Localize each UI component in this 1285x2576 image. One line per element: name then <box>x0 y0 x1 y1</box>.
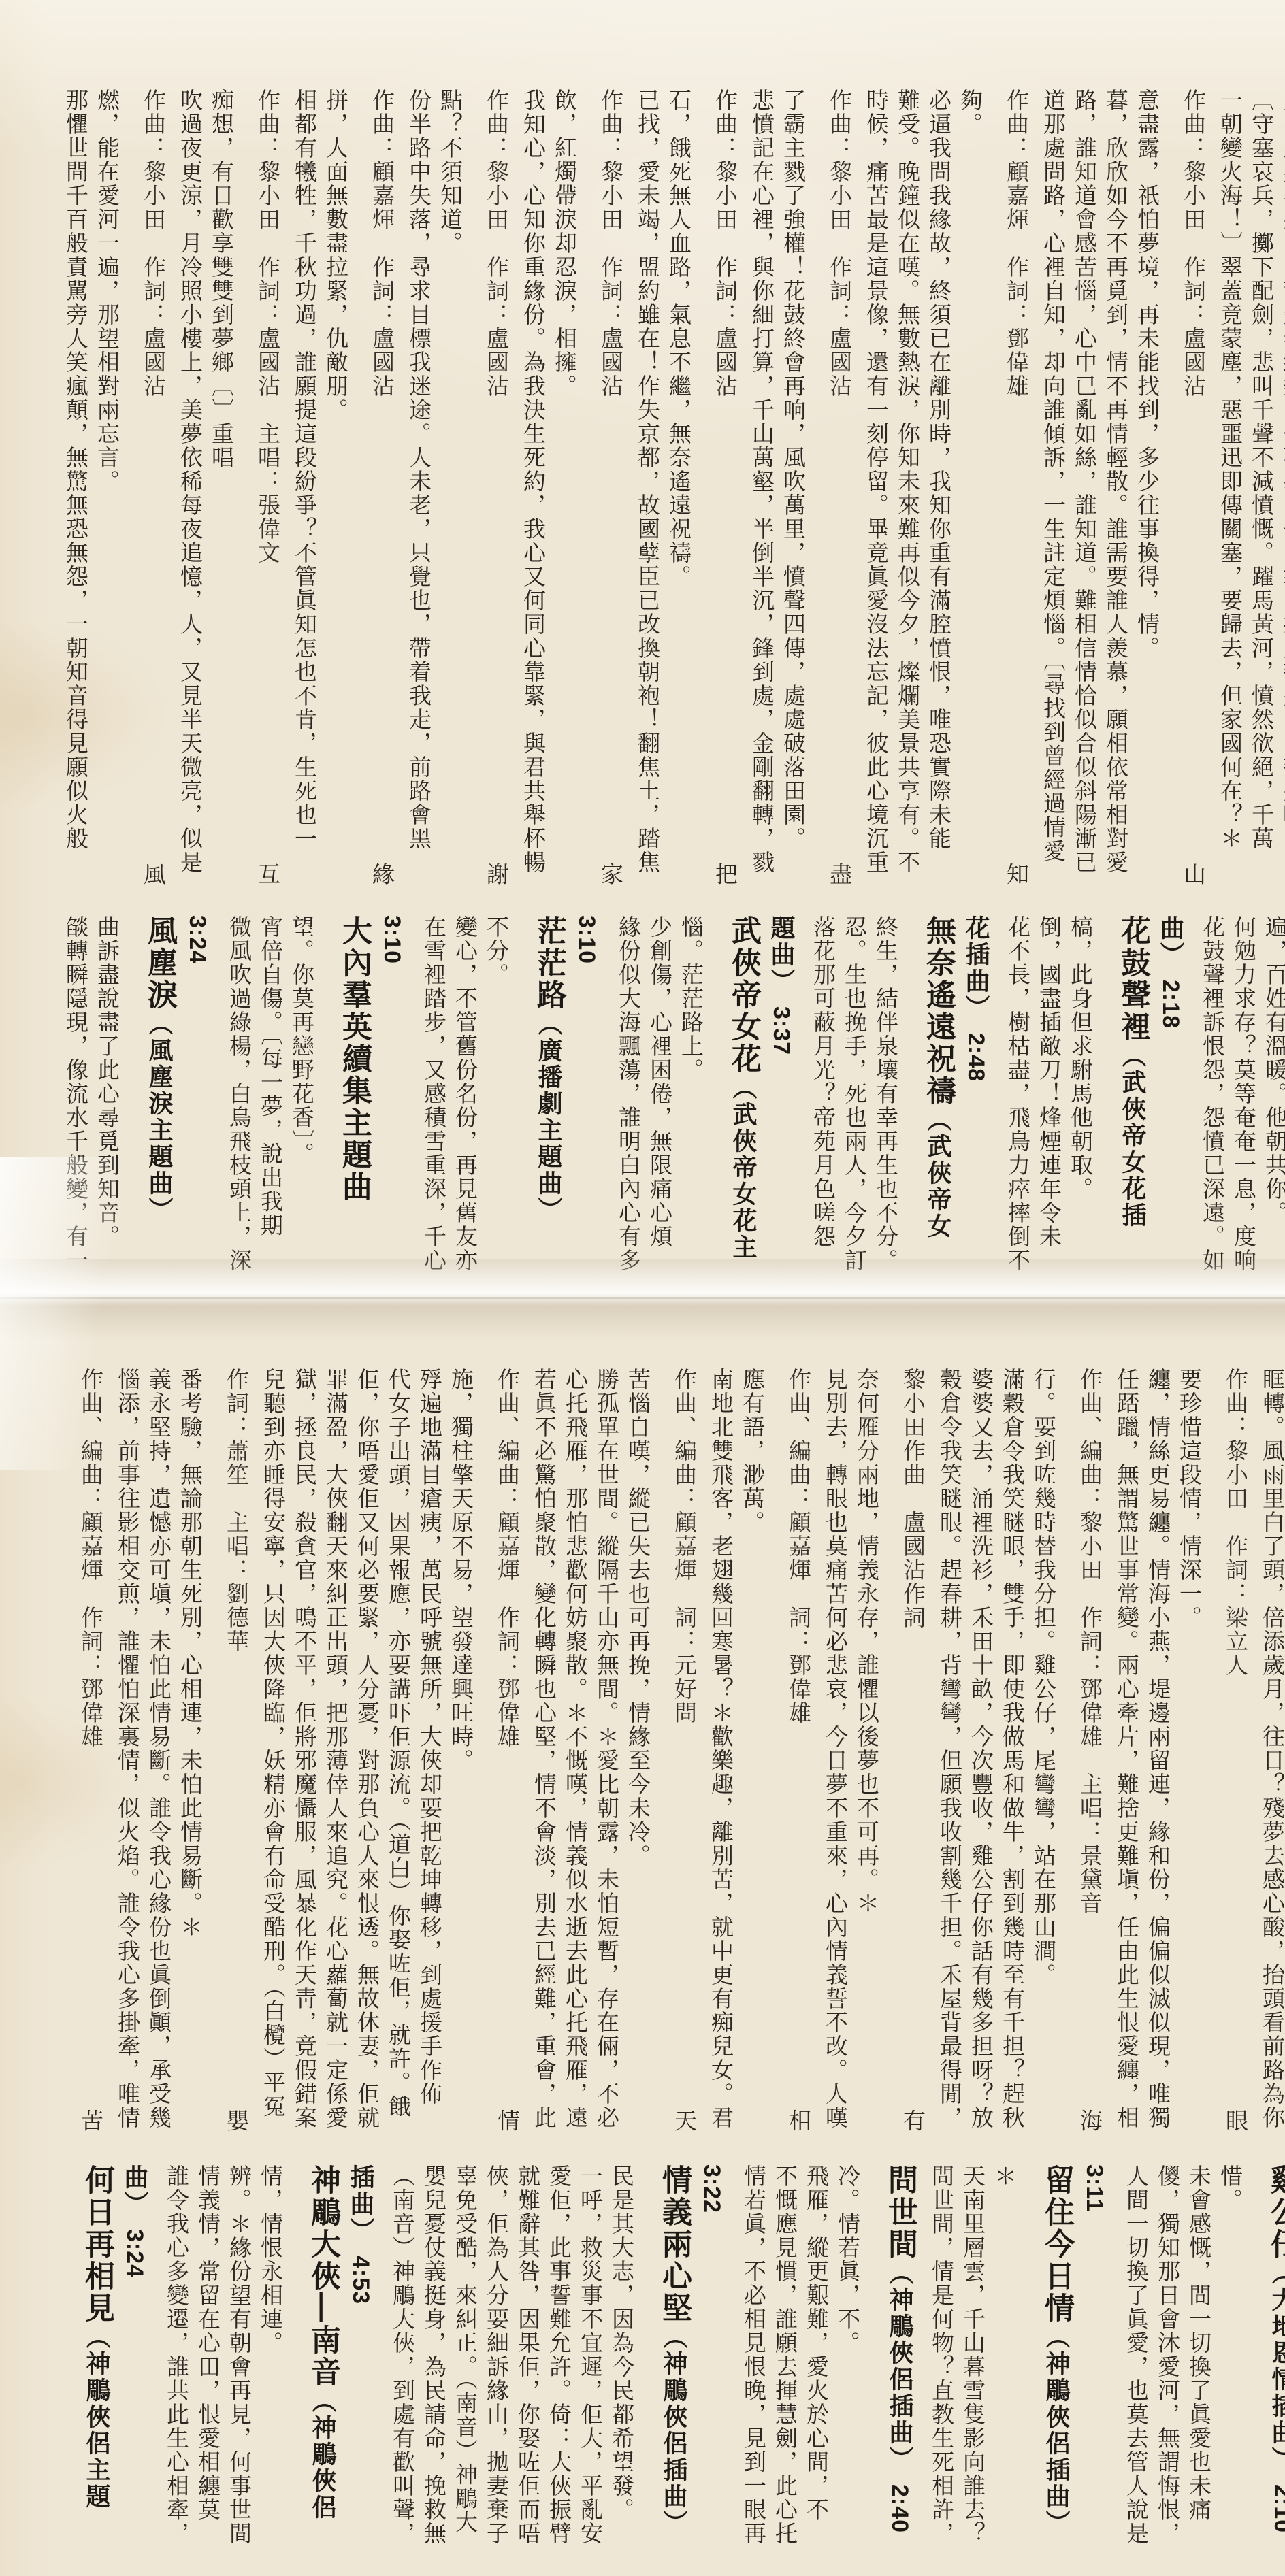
song-continuation-block: 作曲：顧嘉煇 作詞：鄧偉雄知道那處問路，心裡自知，却向誰傾訴，一生註定煩惱。〔尋… <box>1004 88 1160 887</box>
song-title: 花鼓聲裡（武俠帝女花插曲） 2:18 <box>1113 915 1190 1261</box>
song-lyrics-opening: 花不長，樹枯盡，飛鳥力瘁摔倒不倒，國盡插敵刀！烽煙連年令未槁，此身但求駙馬他朝取… <box>1005 915 1093 1272</box>
song-title-block: 風塵淚（風塵淚主題曲） 3:24微風吹過綠楊，白鳥飛枝頭上，深宵倍自傷。〔每一夢… <box>185 915 314 1272</box>
song-lyrics-opening: 在雪裡踏步，又感積雪重深，千心變心，不管舊份名份，再見舊友亦不分。 <box>421 915 509 1272</box>
page-left: 作曲、編曲：顧嘉煇 作詞：鄧偉雄苦惱添，前事往影相交煎，誰懼怕深裏情，似火焰。誰… <box>0 1368 1285 2552</box>
song-title: 茫茫路（廣播劇主題曲） 3:10 <box>530 915 606 1261</box>
song-title-text: 神鵰大俠—南音 <box>306 2164 340 2388</box>
song-continuation-block: 作曲：黎小田 作詞：盧國沾山一朝變火海！〕翠蓋竟蒙塵，惡噩迅即傳關塞，要歸去，但… <box>1181 88 1285 887</box>
song-lyrics-opening: 情若眞，不必相見恨晚，見到一眼再不慨應見慣，誰願去揮慧劍，此心托飛雁，縱更艱難，… <box>741 2164 860 2545</box>
song-continuation-block: 作曲、編曲：顧嘉煇 作詞：鄧偉雄情若眞不必驚怕聚散，變化轉瞬也心堅，情不會淡，別… <box>495 1368 651 2133</box>
song-credits: 作曲：黎小田 作詞：梁立人 <box>1220 1368 1251 2109</box>
song-title-text: 武俠帝女花 <box>727 915 760 1075</box>
song-title-text: 無奈遙遠祝禱 <box>922 915 955 1107</box>
song-title: 情義兩心堅（神鵰俠侶插曲） 3:22 <box>655 2164 731 2547</box>
song-credits: 作曲、編曲：顧嘉煇 詞：鄧偉雄 <box>783 1368 814 2109</box>
song-title-block: 神鵰大俠—南音（神鵰俠侶插曲） 4:53（南音）神鵰大俠，到處有歡叫聲，嬰兒憂仗… <box>348 2164 634 2547</box>
title-strip-bottom: 何日再相見（神鵰俠侶主題曲） 3:24誰令我心多變遷，誰共此生心相牽，情義情，常… <box>0 2164 1285 2559</box>
song-continuation-block: 作曲、編曲：顧嘉煇 詞：元好問天南地北雙飛客，老翅幾回寒暑？＊歡樂趣，離別苦，就… <box>672 1368 765 2133</box>
song-title-block: 茫茫路（廣播劇主題曲） 3:10緣份似大海飄蕩，誰明白內心有多少創傷，心裡困倦，… <box>574 915 704 1272</box>
song-credits: 作詞：蕭笙 主唱：劉德華 <box>221 1368 252 2109</box>
song-duration: 2:48 <box>963 1009 989 1082</box>
song-title: 神鵰大俠—南音（神鵰俠侶插曲） 4:53 <box>304 2164 380 2547</box>
song-title: 風塵淚（風塵淚主題曲） 3:24 <box>140 915 216 1261</box>
song-credits: 作曲：黎小田 作詞：盧國沾 <box>137 88 169 863</box>
song-lyrics-opening: 問世間，情是何物？直教生死相許，天南里層雲，千山暮雪隻影向誰去？＊ <box>929 2164 1017 2545</box>
song-title: 何日再相見（神鵰俠侶主題曲） 3:24 <box>78 2164 154 2547</box>
song-subtitle: （神鵰俠侶插曲） <box>660 2324 688 2524</box>
song-credits: 作曲：黎小田 作詞：盧國沾 主唱：張偉文 <box>252 88 283 863</box>
song-credits: 作曲、編曲：黎小田 作詞：鄧偉雄 主唱：景黛音 <box>1074 1368 1105 2109</box>
song-credits: 作曲：顧嘉煇 作詞：盧國沾 <box>366 88 397 863</box>
song-title-block: 情義兩心堅（神鵰俠侶插曲） 3:22情若眞，不必相見恨晚，見到一眼再不慨應見慣，… <box>700 2164 860 2547</box>
song-duration: 2:10 <box>1269 2460 1285 2533</box>
song-duration: 3:37 <box>768 982 794 1055</box>
song-continuation-block: 黎小田作曲 盧國沾作詞有穀倉令我笑瞇眼。趕春耕，背彎彎，但願我收割幾千担。禾屋背… <box>900 1368 1056 2133</box>
song-subtitle: （神鵰俠侶插曲） <box>1043 2324 1071 2524</box>
song-continuation-block: 作曲：黎小田 作詞：盧國沾謝我知心，心知你重緣份。為我決生死約，我心又何同心靠緊… <box>484 88 577 887</box>
song-lyrics-opening: 緣份似大海飄蕩，誰明白內心有多少創傷，心裡困倦，無限痛心煩惱。茫茫路上。 <box>616 915 704 1272</box>
song-credits: 作曲：黎小田 作詞：盧國沾 <box>481 88 512 863</box>
song-credits: 作曲：顧嘉煇 作詞：鄧偉雄 <box>1001 88 1032 863</box>
song-title-text: 茫茫路 <box>532 915 566 1011</box>
song-credits: 作曲：黎小田 作詞：盧國沾 <box>595 88 626 863</box>
song-subtitle: （神鵰俠侶插曲） <box>886 2260 914 2460</box>
song-credits: 作曲：黎小田 作詞：盧國沾 <box>1177 88 1209 863</box>
song-title-text: 雞公仔 <box>1266 2164 1285 2260</box>
song-title-block: 留住今日情（神鵰俠侶插曲） 3:11人間一切換了眞愛，也莫去管人說是儍，獨知那日… <box>1082 2164 1243 2547</box>
fold-crease <box>0 1259 1285 1340</box>
song-title: 雞公仔（大地恩情插曲） 2:10 <box>1263 2164 1285 2547</box>
song-continuation-block: 作詞：蕭笙 主唱：劉德華嬰兒聽到亦睡得安寧，只因大俠降臨，妖精亦會冇命受酷刑。（… <box>224 1368 474 2133</box>
continuation-strip-top: 那懼世間千百般責駡旁人笑瘋顛，無驚無恐無怨，一朝知音得見願似火般燃，能在愛河一遍… <box>0 88 1285 895</box>
song-lyrics-opening: 誰令我心多變遷，誰共此生心相牽，情義情，常留在心田，恨愛相纏莫辨。＊緣份望有朝會… <box>164 2164 283 2545</box>
song-title: 問世間（神鵰俠侶插曲） 2:40 <box>881 2164 919 2547</box>
song-title-text: 花鼓聲裡 <box>1116 915 1150 1043</box>
song-lyrics-opening: 微風吹過綠楊，白鳥飛枝頭上，深宵倍自傷。〔每一夢，說出我期望。你莫再戀野花香〕。 <box>227 915 314 1272</box>
song-credits: 黎小田作曲 盧國沾作詞 <box>897 1368 928 2109</box>
song-title-text: 情義兩心堅 <box>657 2164 691 2324</box>
song-title: 大內羣英續集主題曲 3:10 <box>335 915 411 1261</box>
title-strip-top: 燄轉瞬隱現，像流水千般變，有一曲訴盡說盡了此心尋覓到知音。風塵淚（風塵淚主題曲）… <box>0 915 1285 1272</box>
song-credits: 作曲、編曲：顧嘉煇 作詞：鄧偉雄 <box>75 1368 106 2109</box>
song-continuation-block: 作曲：顧嘉煇 作詞：盧國沾緣份半路中失落，尋求目標我迷途。人未老，只覺也，帶着我… <box>370 88 463 887</box>
song-credits: 作曲、編曲：顧嘉煇 詞：元好問 <box>668 1368 700 2109</box>
song-subtitle: （風塵淚主題曲） <box>146 1011 174 1211</box>
song-continuation-block: 作曲：黎小田 作詞：梁立人眼眶轉。風雨里白了頭，倍添歲月，往日？殘夢去感心酸，抬… <box>1223 1368 1285 2133</box>
song-title-block: 雞公仔（大地恩情插曲） 2:10雞公仔，尾彎彎，站在屋背睇春耕，禾田烈日好快到西… <box>1270 2164 1285 2547</box>
song-title-text: 留住今日情 <box>1040 2164 1073 2324</box>
song-title: 武俠帝女花（武俠帝女花主題曲） 3:37 <box>724 915 800 1261</box>
song-continuation-block: 作曲：黎小田 作詞：盧國沾把悲憤記在心裡，與你細打算，千山萬壑，半倒半沉，鋒到處… <box>713 88 806 887</box>
song-title-block: 武俠帝女花（武俠帝女花主題曲） 3:37落花那可蔽月光？帝苑月色嗟怨忍。生也挽手… <box>769 915 898 1272</box>
continuation-strip-bottom: 作曲、編曲：顧嘉煇 作詞：鄧偉雄苦惱添，前事往影相交煎，誰懼怕深裏情，似火焰。誰… <box>0 1368 1285 2140</box>
song-title-block: 大內羣英續集主題曲 3:10在雪裡踏步，又感積雪重深，千心變心，不管舊份名份，再… <box>380 915 509 1272</box>
song-title-text: 風塵淚 <box>143 915 176 1011</box>
song-title: 留住今日情（神鵰俠侶插曲） 3:11 <box>1037 2164 1113 2547</box>
song-title-block: 無奈遙遠祝禱（武俠帝女花插曲） 2:48花不長，樹枯盡，飛鳥力瘁摔倒不倒，國盡插… <box>964 915 1093 1272</box>
song-duration: 2:18 <box>1158 956 1184 1029</box>
song-continuation-block: 作曲：黎小田 作詞：盧國沾 主唱：張偉文互相都有犧牲，千秋功過，誰願提這段紛爭？… <box>255 88 348 887</box>
song-title-block: 花鼓聲裡（武俠帝女花插曲） 2:18花鼓聲裡訴恨怨，怨憤已深遠。如何勉力求存？莫… <box>1158 915 1285 1272</box>
song-lyrics-continuation: 嬰兒聽到亦睡得安寧，只因大俠降臨，妖精亦會冇命受酷刑。（白欖）平冤獄，拯良民，殺… <box>224 1368 474 2133</box>
song-subtitle: （廣播劇主題曲） <box>535 1011 563 1211</box>
song-credits: 作曲：黎小田 作詞：盧國沾 <box>709 88 741 863</box>
song-continuation-block: 作曲：黎小田 作詞：盧國沾風吹過夜更涼，月冷照小樓上，美夢依稀每夜追憶，人，又見… <box>141 88 234 887</box>
fold-line <box>0 1297 1285 1299</box>
song-duration: 4:53 <box>348 2232 374 2305</box>
song-continuation-block: 作曲、編曲：黎小田 作詞：鄧偉雄 主唱：景黛音海任踎躐，無謂驚世事常變。兩心牽片… <box>1077 1368 1202 2133</box>
song-subtitle: （大地恩情插曲） <box>1269 2260 1285 2460</box>
song-continuation-block: 作曲、編曲：顧嘉煇 作詞：鄧偉雄苦惱添，前事往影相交煎，誰懼怕深裏情，似火焰。誰… <box>78 1368 203 2133</box>
song-duration: 2:40 <box>887 2460 913 2533</box>
song-title-text: 問世間 <box>883 2164 917 2260</box>
song-title-block: 問世間（神鵰俠侶插曲） 2:40問世間，情是何物？直教生死相許，天南里層雲，千山… <box>888 2164 1017 2547</box>
song-title-text: 大內羣英續集主題曲 <box>338 915 371 1203</box>
lyrics-sheet-scan: 那懼世間千百般責駡旁人笑瘋顛，無驚無恐無怨，一朝知音得見願似火般燃，能在愛河一遍… <box>0 0 1285 2576</box>
song-credits: 作曲：黎小田 作詞：盧國沾 <box>824 88 855 863</box>
song-lyrics-opening: 人間一切換了眞愛，也莫去管人說是儍，獨知那日會沐愛河，無謂悔恨，未會感慨，間一切… <box>1124 2164 1243 2545</box>
page-right: 那懼世間千百般責駡旁人笑瘋顛，無驚無恐無怨，一朝知音得見願似火般燃，能在愛河一遍… <box>0 88 1285 1272</box>
song-continuation-block: 作曲、編曲：顧嘉煇 詞：鄧偉雄相見別去，轉眼也莫痛苦何必悲哀，今日夢不重來，心內… <box>786 1368 879 2133</box>
song-title-text: 何日再相見 <box>80 2164 114 2324</box>
song-title: 無奈遙遠祝禱（武俠帝女花插曲） 2:48 <box>919 915 995 1261</box>
song-lyrics-opening: 落花那可蔽月光？帝苑月色嗟怨忍。生也挽手，死也兩人，今夕訂終生，結伴泉壤有幸再生… <box>811 915 898 1272</box>
song-continuation-block: 作曲：黎小田 作詞：盧國沾盡時候，痛苦最是這景像，還有一刻停留。畢竟眞愛沒法忘記… <box>827 88 983 887</box>
song-lyrics-opening: 花鼓聲裡訴恨怨，怨憤已深遠。如何勉力求存？莫等奄奄一息，度响遍，百姓有溫暖。他朝… <box>1200 915 1285 1272</box>
song-continuation-block: 作曲：黎小田 作詞：盧國沾家已找，愛未竭，盟約雖在！作失京都，故國孽臣已改換朝袍… <box>598 88 692 887</box>
carryover-lyrics: 那懼世間千百般責駡旁人笑瘋顛，無驚無恐無怨，一朝知音得見願似火般燃，能在愛河一遍… <box>63 88 120 851</box>
song-lyrics-opening: （南音）神鵰大俠，到處有歡叫聲，嬰兒憂仗義挺身，為民請命，挽救無辜免受酷，來糾正… <box>390 2164 634 2545</box>
song-duration: 3:24 <box>122 2205 148 2278</box>
song-title-block: 何日再相見（神鵰俠侶主題曲） 3:24誰令我心多變遷，誰共此生心相牽，情義情，常… <box>123 2164 283 2547</box>
song-credits: 作曲、編曲：顧嘉煇 作詞：鄧偉雄 <box>491 1368 523 2109</box>
